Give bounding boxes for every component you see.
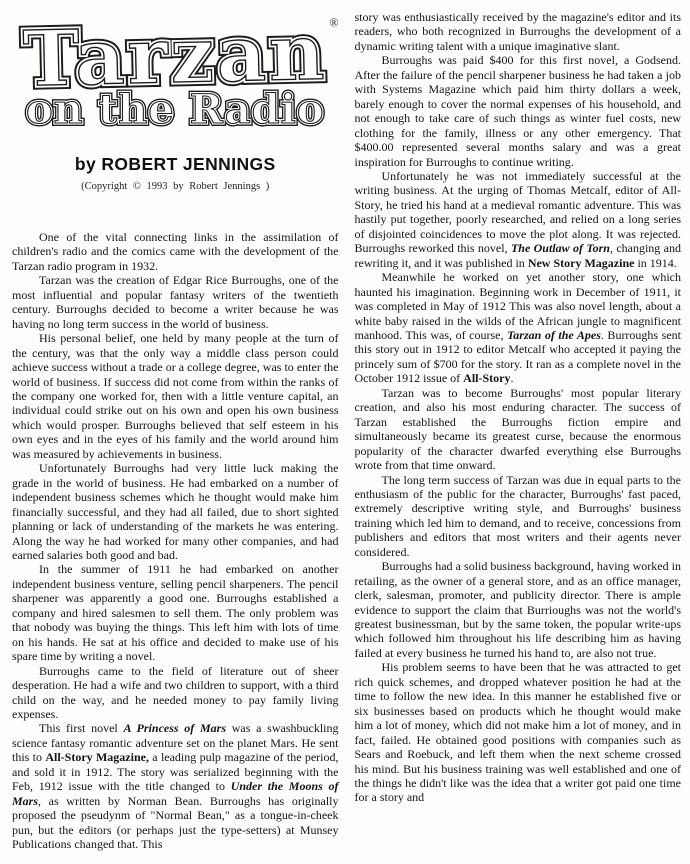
paragraph: Burroughs came to the field of literatur… — [12, 664, 339, 722]
paragraph: In the summer of 1911 he had embarked on… — [12, 562, 339, 663]
paragraph: This first novel A Princess of Mars was … — [12, 721, 339, 851]
logo-subtitle-face: on the Radio — [26, 90, 325, 130]
text-run: . — [510, 371, 513, 385]
copyright-line: (Copyright © 1993 by Robert Jennings ) — [12, 181, 339, 192]
text-run: Burroughs had a solid business backgroun… — [355, 559, 682, 660]
paragraph: Tarzan was to become Burroughs' most pop… — [355, 386, 682, 473]
text-run: In the summer of 1911 he had embarked on… — [12, 562, 339, 663]
text-run: Burroughs was paid $400 for this first n… — [355, 53, 682, 168]
left-column-text: One of the vital connecting links in the… — [12, 230, 339, 851]
text-run: Tarzan was the creation of Edgar Rice Bu… — [12, 273, 339, 330]
document-page: Tarzan Tarzan Tarzan ® on the Radio on t… — [0, 0, 690, 864]
text-run: Unfortunately Burroughs had very little … — [12, 461, 339, 562]
title-emphasis: New Story Magazine — [528, 256, 635, 270]
title-emphasis: All-Story — [463, 371, 510, 385]
text-run: in 1914. — [634, 256, 676, 270]
text-run: , as written by Norman Bean. Burroughs h… — [12, 794, 339, 851]
text-run: Tarzan was to become Burroughs' most pop… — [355, 386, 682, 472]
paragraph: story was enthusiastically received by t… — [355, 10, 682, 53]
text-run: This first novel — [39, 721, 124, 735]
logo-subtitle-word: on the Radio on the Radio on the Radio — [26, 90, 325, 130]
left-column: Tarzan Tarzan Tarzan ® on the Radio on t… — [12, 10, 339, 864]
title-emphasis: Tarzan of the Apes — [507, 328, 601, 342]
text-run: One of the vital connecting links in the… — [12, 230, 339, 273]
title-emphasis: A Princess of Mars — [124, 721, 227, 735]
text-run: Burroughs came to the field of literatur… — [12, 664, 339, 721]
logo-title-face: Tarzan — [22, 15, 328, 98]
text-run: His personal belief, one held by many pe… — [12, 331, 339, 461]
tarzan-logo: Tarzan Tarzan Tarzan ® on the Radio on t… — [12, 10, 339, 130]
paragraph: One of the vital connecting links in the… — [12, 230, 339, 273]
paragraph: His problem seems to have been that he w… — [355, 660, 682, 805]
title-emphasis: The Outlaw of Torn — [511, 241, 610, 255]
text-run: story was enthusiastically received by t… — [355, 10, 682, 53]
article-header: Tarzan Tarzan Tarzan ® on the Radio on t… — [12, 10, 339, 230]
title-emphasis: All-Story Magazine, — [45, 750, 149, 764]
right-column: story was enthusiastically received by t… — [355, 10, 682, 864]
paragraph: Unfortunately Burroughs had very little … — [12, 461, 339, 562]
paragraph: Burroughs had a solid business backgroun… — [355, 559, 682, 660]
text-run: His problem seems to have been that he w… — [355, 660, 682, 804]
paragraph: His personal belief, one held by many pe… — [12, 331, 339, 461]
text-run: The long term success of Tarzan was due … — [355, 473, 682, 559]
paragraph: Tarzan was the creation of Edgar Rice Bu… — [12, 273, 339, 331]
byline: by ROBERT JENNINGS — [12, 154, 339, 175]
logo-title-word: Tarzan Tarzan Tarzan ® — [22, 15, 328, 98]
registered-trademark-icon: ® — [329, 16, 341, 28]
paragraph: The long term success of Tarzan was due … — [355, 473, 682, 560]
paragraph: Unfortunately he was not immediately suc… — [355, 169, 682, 270]
paragraph: Meanwhile he worked on yet another story… — [355, 270, 682, 386]
paragraph: Burroughs was paid $400 for this first n… — [355, 53, 682, 169]
